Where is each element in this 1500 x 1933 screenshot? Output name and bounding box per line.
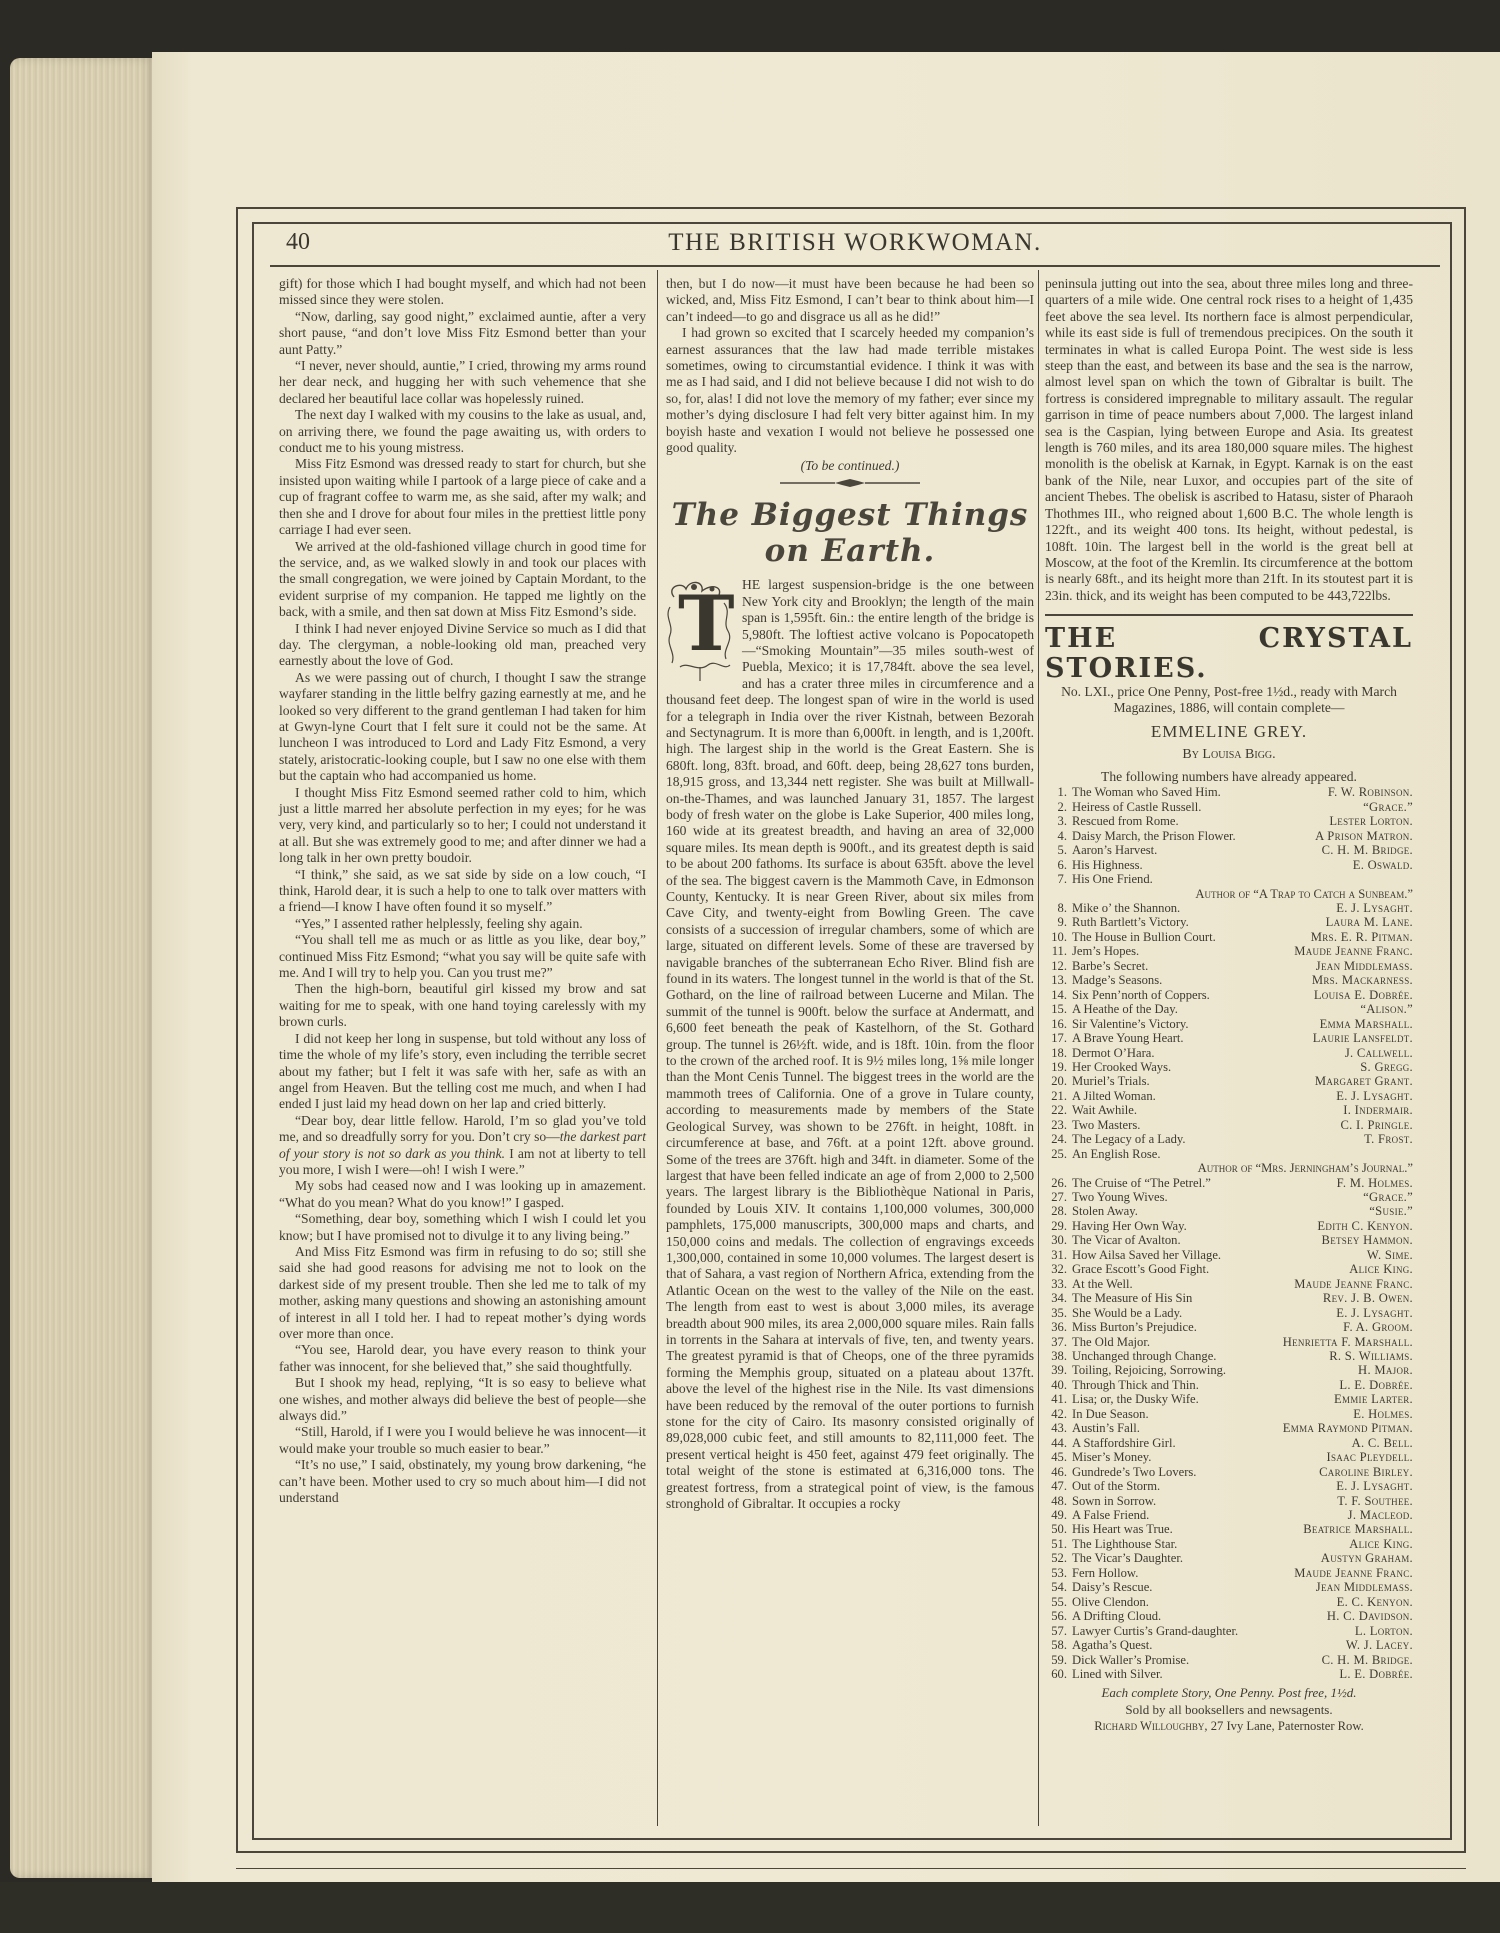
- story-title: The Vicar’s Daughter.: [1072, 1551, 1183, 1565]
- section-rule: [1045, 614, 1413, 616]
- story-list-item: 42.In Due Season.E. Holmes.: [1045, 1407, 1413, 1421]
- story-author: Jean Middlemass.: [1316, 959, 1413, 973]
- story-author: W. Sime.: [1367, 1248, 1413, 1262]
- story-author: Isaac Pleydell.: [1327, 1450, 1414, 1464]
- publisher-address: 27 Ivy Lane, Paternoster Row.: [1208, 1719, 1364, 1733]
- story-author: A Prison Matron.: [1315, 829, 1413, 843]
- story-list-item: 43.Austin’s Fall.Emma Raymond Pitman.: [1045, 1421, 1413, 1435]
- story-list-item: 13.Madge’s Seasons.Mrs. Mackarness.: [1045, 973, 1413, 987]
- story-number: 37.: [1045, 1335, 1067, 1349]
- story-list-item: 47.Out of the Storm.E. J. Lysaght.: [1045, 1479, 1413, 1493]
- story-author: W. J. Lacey.: [1346, 1638, 1413, 1652]
- story-number: 36.: [1045, 1320, 1067, 1334]
- story-author: C. H. M. Bridge.: [1322, 1653, 1413, 1667]
- story-title: A Jilted Woman.: [1072, 1089, 1156, 1103]
- story-number: 18.: [1045, 1046, 1067, 1060]
- story-number: 51.: [1045, 1537, 1067, 1551]
- story-author: C. I. Pringle.: [1340, 1118, 1413, 1132]
- story-list-item: 50.His Heart was True.Beatrice Marshall.: [1045, 1522, 1413, 1536]
- story-title: Mike o’ the Shannon.: [1072, 901, 1180, 915]
- story-number: 7.: [1045, 872, 1067, 886]
- story-author: Rev. J. B. Owen.: [1323, 1291, 1413, 1305]
- story-number: 52.: [1045, 1551, 1067, 1565]
- paragraph-text: Miss Fitz Esmond was dressed ready to st…: [279, 456, 646, 537]
- story-number: 6.: [1045, 858, 1067, 872]
- paragraph-text: “You see, Harold dear, you have every re…: [279, 1342, 646, 1373]
- story-list-item: 52.The Vicar’s Daughter.Austyn Graham.: [1045, 1551, 1413, 1565]
- story-number: 3.: [1045, 814, 1067, 828]
- story-author: E. J. Lysaght.: [1336, 1089, 1413, 1103]
- story-list-item: 32.Grace Escott’s Good Fight.Alice King.: [1045, 1262, 1413, 1276]
- paragraph-text: “Still, Harold, if I were you I would be…: [279, 1424, 646, 1455]
- story-title: His Heart was True.: [1072, 1522, 1173, 1536]
- story-list-item: 9.Ruth Bartlett’s Victory.Laura M. Lane.: [1045, 915, 1413, 929]
- story-author: F. M. Holmes.: [1337, 1176, 1413, 1190]
- story-title: Out of the Storm.: [1072, 1479, 1160, 1493]
- story-list-item: 38.Unchanged through Change.R. S. Willia…: [1045, 1349, 1413, 1363]
- story-title: Having Her Own Way.: [1072, 1219, 1187, 1233]
- story-number: 13.: [1045, 973, 1067, 987]
- story-author: “Susie.”: [1369, 1204, 1413, 1218]
- story-author: E. J. Lysaght.: [1336, 901, 1413, 915]
- story-number: 9.: [1045, 915, 1067, 929]
- story-title: Aaron’s Harvest.: [1072, 843, 1157, 857]
- story-author: E. Oswald.: [1353, 858, 1413, 872]
- scan-background-bottom: [0, 1882, 1500, 1933]
- story-number: 21.: [1045, 1089, 1067, 1103]
- story-title: Jem’s Hopes.: [1072, 944, 1139, 958]
- story-author: Mrs. E. R. Pitman.: [1311, 930, 1413, 944]
- story-author: E. J. Lysaght.: [1336, 1306, 1413, 1320]
- paragraph-text: “You shall tell me as much or as little …: [279, 932, 646, 980]
- story-title: Miss Burton’s Prejudice.: [1072, 1320, 1197, 1334]
- paragraph-text: “I never, never should, auntie,” I cried…: [279, 358, 646, 406]
- story-list-item: 28.Stolen Away.“Susie.”: [1045, 1204, 1413, 1218]
- story-list-item: 26.The Cruise of “The Petrel.”F. M. Holm…: [1045, 1176, 1413, 1190]
- story-author: Austyn Graham.: [1321, 1551, 1413, 1565]
- story-list-item: 57.Lawyer Curtis’s Grand-daughter.L. Lor…: [1045, 1624, 1413, 1638]
- story-number: 4.: [1045, 829, 1067, 843]
- story-number: 17.: [1045, 1031, 1067, 1045]
- story-title: Daisy’s Rescue.: [1072, 1580, 1152, 1594]
- story-number: 16.: [1045, 1017, 1067, 1031]
- story-title: Miser’s Money.: [1072, 1450, 1151, 1464]
- story-title: Stolen Away.: [1072, 1204, 1138, 1218]
- story-number: 2.: [1045, 800, 1067, 814]
- story-title: Through Thick and Thin.: [1072, 1378, 1199, 1392]
- paragraph: “You see, Harold dear, you have every re…: [279, 1342, 646, 1375]
- paragraph: But I shook my head, replying, “It is so…: [279, 1375, 646, 1424]
- story-title: Gundrede’s Two Lovers.: [1072, 1465, 1196, 1479]
- story-author: S. Gregg.: [1360, 1060, 1413, 1074]
- story-number: 28.: [1045, 1204, 1067, 1218]
- paragraph-text: But I shook my head, replying, “It is so…: [279, 1375, 646, 1423]
- story-list-item: 24.The Legacy of a Lady.T. Frost.: [1045, 1132, 1413, 1146]
- story-title: Agatha’s Quest.: [1072, 1638, 1152, 1652]
- paragraph-text: My sobs had ceased now and I was looking…: [279, 1178, 646, 1209]
- header-rule: [270, 265, 1440, 267]
- story-list-item: 5.Aaron’s Harvest.C. H. M. Bridge.: [1045, 843, 1413, 857]
- story-title: Fern Hollow.: [1072, 1566, 1138, 1580]
- story-number: 54.: [1045, 1580, 1067, 1594]
- story-title: Dick Waller’s Promise.: [1072, 1653, 1189, 1667]
- story-title: A Heathe of the Day.: [1072, 1002, 1178, 1016]
- story-list-item: 53.Fern Hollow.Maude Jeanne Franc.: [1045, 1566, 1413, 1580]
- story-list-item: 45.Miser’s Money.Isaac Pleydell.: [1045, 1450, 1413, 1464]
- story-title: Ruth Bartlett’s Victory.: [1072, 915, 1189, 929]
- story-title: A Staffordshire Girl.: [1072, 1436, 1176, 1450]
- price-line: Each complete Story, One Penny. Post fre…: [1045, 1685, 1413, 1701]
- column-divider: [1038, 270, 1039, 1826]
- story-author: “Grace.”: [1363, 800, 1413, 814]
- story-list-item: 10.The House in Bullion Court.Mrs. E. R.…: [1045, 930, 1413, 944]
- story-number: 57.: [1045, 1624, 1067, 1638]
- story-conclusion: then, but I do now—it must have been bec…: [666, 276, 1034, 456]
- story-author: Edith C. Kenyon.: [1317, 1219, 1413, 1233]
- story-author: H. C. Davidson.: [1327, 1609, 1413, 1623]
- book-page-edges: [10, 58, 155, 1878]
- story-title: An English Rose.: [1072, 1147, 1161, 1161]
- column-divider: [657, 270, 658, 1826]
- story-list-item: 51.The Lighthouse Star.Alice King.: [1045, 1537, 1413, 1551]
- story-author: H. Major.: [1358, 1363, 1413, 1377]
- running-title: THE BRITISH WORKWOMAN.: [270, 229, 1440, 257]
- story-list-item: 60.Lined with Silver.L. E. Dobrée.: [1045, 1667, 1413, 1681]
- story-list-item: 59.Dick Waller’s Promise.C. H. M. Bridge…: [1045, 1653, 1413, 1667]
- story-number: 35.: [1045, 1306, 1067, 1320]
- story-author: Caroline Birley.: [1319, 1465, 1413, 1479]
- page-header: 40 THE BRITISH WORKWOMAN.: [270, 225, 1440, 265]
- story-number: 11.: [1045, 944, 1067, 958]
- paragraph: Miss Fitz Esmond was dressed ready to st…: [279, 456, 646, 538]
- story-number: 55.: [1045, 1595, 1067, 1609]
- article-title: The Biggest Things on Earth.: [666, 497, 1034, 569]
- story-author: Maude Jeanne Franc.: [1294, 944, 1413, 958]
- paragraph-text: “Now, darling, say good night,” exclaime…: [279, 309, 646, 357]
- story-author: Henrietta F. Marshall.: [1283, 1335, 1413, 1349]
- paragraph-text: then, but I do now—it must have been bec…: [666, 276, 1034, 324]
- story-list-item: 3.Rescued from Rome.Lester Lorton.: [1045, 814, 1413, 828]
- story-title: In Due Season.: [1072, 1407, 1149, 1421]
- story-title: Her Crooked Ways.: [1072, 1060, 1171, 1074]
- story-list-item: 4.Daisy March, the Prison Flower.A Priso…: [1045, 829, 1413, 843]
- story-number: 32.: [1045, 1262, 1067, 1276]
- story-list-item: 49.A False Friend.J. Macleod.: [1045, 1508, 1413, 1522]
- story-author: J. Callwell.: [1345, 1046, 1413, 1060]
- story-author: T. Frost.: [1364, 1132, 1413, 1146]
- column-2: then, but I do now—it must have been bec…: [666, 276, 1034, 1512]
- paragraph-text: I thought Miss Fitz Esmond seemed rather…: [279, 785, 646, 866]
- story-author: Margaret Grant.: [1315, 1074, 1413, 1088]
- story-number: 15.: [1045, 1002, 1067, 1016]
- story-author: I. Indermair.: [1343, 1103, 1413, 1117]
- story-list-item: 54.Daisy’s Rescue.Jean Middlemass.: [1045, 1580, 1413, 1594]
- story-title: Wait Awhile.: [1072, 1103, 1137, 1117]
- story-number: 41.: [1045, 1392, 1067, 1406]
- column-3: peninsula jutting out into the sea, abou…: [1045, 276, 1413, 1735]
- paragraph: “It’s no use,” I said, obstinately, my y…: [279, 1457, 646, 1506]
- story-number: 58.: [1045, 1638, 1067, 1652]
- story-number: 29.: [1045, 1219, 1067, 1233]
- story-list-item: 56.A Drifting Cloud.H. C. Davidson.: [1045, 1609, 1413, 1623]
- story-title: A Drifting Cloud.: [1072, 1609, 1161, 1623]
- story-number: 39.: [1045, 1363, 1067, 1377]
- story-number: 5.: [1045, 843, 1067, 857]
- story-title: A False Friend.: [1072, 1508, 1149, 1522]
- story-author: Emma Raymond Pitman.: [1283, 1421, 1413, 1435]
- story-author: R. S. Williams.: [1329, 1349, 1413, 1363]
- paragraph: “I think,” she said, as we sat side by s…: [279, 867, 646, 916]
- story-title: The Vicar of Avalton.: [1072, 1233, 1181, 1247]
- story-list-item: 19.Her Crooked Ways.S. Gregg.: [1045, 1060, 1413, 1074]
- story-number: 31.: [1045, 1248, 1067, 1262]
- article-body: T HE largest suspension-bridge is the on…: [666, 577, 1034, 1512]
- story-title: Daisy March, the Prison Flower.: [1072, 829, 1236, 843]
- story-title: How Ailsa Saved her Village.: [1072, 1248, 1221, 1262]
- story-title: His Highness.: [1072, 858, 1143, 872]
- story-title: Dermot O’Hara.: [1072, 1046, 1155, 1060]
- story-author: A. C. Bell.: [1352, 1436, 1413, 1450]
- paragraph: We arrived at the old-fashioned village …: [279, 539, 646, 621]
- story-author: “Alison.”: [1360, 1002, 1413, 1016]
- paragraph: I think I had never enjoyed Divine Servi…: [279, 621, 646, 670]
- story-list-item: 29.Having Her Own Way.Edith C. Kenyon.: [1045, 1219, 1413, 1233]
- story-list-item: 25.An English Rose.Author of “Mrs. Jerni…: [1045, 1147, 1413, 1176]
- story-author: Maude Jeanne Franc.: [1294, 1566, 1413, 1580]
- story-number: 42.: [1045, 1407, 1067, 1421]
- paragraph-text: We arrived at the old-fashioned village …: [279, 539, 646, 620]
- story-list: 1.The Woman who Saved Him.F. W. Robinson…: [1045, 785, 1413, 1681]
- story-list-item: 36.Miss Burton’s Prejudice.F. A. Groom.: [1045, 1320, 1413, 1334]
- story-list-item: 37.The Old Major.Henrietta F. Marshall.: [1045, 1335, 1413, 1349]
- story-title: A Brave Young Heart.: [1072, 1031, 1184, 1045]
- story-number: 46.: [1045, 1465, 1067, 1479]
- paragraph-text: I had grown so excited that I scarcely h…: [666, 325, 1034, 455]
- story-title: Lawyer Curtis’s Grand-daughter.: [1072, 1624, 1238, 1638]
- story-list-item: 40.Through Thick and Thin.L. E. Dobrée.: [1045, 1378, 1413, 1392]
- story-author: Alice King.: [1349, 1537, 1413, 1551]
- story-author: Alice King.: [1349, 1262, 1413, 1276]
- drop-cap-letter: T: [678, 585, 718, 663]
- story-list-item: 35.She Would be a Lady.E. J. Lysaght.: [1045, 1306, 1413, 1320]
- story-list-item: 14.Six Penn’north of Coppers.Louisa E. D…: [1045, 988, 1413, 1002]
- story-author: Betsey Hammon.: [1322, 1233, 1414, 1247]
- story-author: Laurie Lansfeldt.: [1313, 1031, 1413, 1045]
- story-author: E. Holmes.: [1353, 1407, 1413, 1421]
- story-title: Austin’s Fall.: [1072, 1421, 1140, 1435]
- story-number: 34.: [1045, 1291, 1067, 1305]
- story-number: 59.: [1045, 1653, 1067, 1667]
- story-number: 19.: [1045, 1060, 1067, 1074]
- story-list-item: 2.Heiress of Castle Russell.“Grace.”: [1045, 800, 1413, 814]
- story-number: 44.: [1045, 1436, 1067, 1450]
- paragraph-text: “Yes,” I assented rather helplessly, fee…: [295, 916, 583, 931]
- story-title: At the Well.: [1072, 1277, 1133, 1291]
- paragraph: Then the high-born, beautiful girl kisse…: [279, 981, 646, 1030]
- story-title: Heiress of Castle Russell.: [1072, 800, 1201, 814]
- advert-subtitle: No. LXI., price One Penny, Post-free 1½d…: [1045, 684, 1413, 716]
- story-author: L. E. Dobrée.: [1339, 1378, 1413, 1392]
- story-author: Emma Marshall.: [1320, 1017, 1413, 1031]
- story-number: 43.: [1045, 1421, 1067, 1435]
- story-author: Beatrice Marshall.: [1303, 1522, 1413, 1536]
- column-1-story: gift) for those which I had bought mysel…: [279, 276, 646, 1506]
- sold-line: Sold by all booksellers and newsagents.: [1045, 1702, 1413, 1718]
- story-author: E. C. Kenyon.: [1337, 1595, 1413, 1609]
- story-list-item: 33.At the Well.Maude Jeanne Franc.: [1045, 1277, 1413, 1291]
- article-text-continued: peninsula jutting out into the sea, abou…: [1045, 276, 1413, 604]
- flourish-icon: [780, 478, 920, 488]
- story-list-item: 1.The Woman who Saved Him.F. W. Robinson…: [1045, 785, 1413, 799]
- story-title: Lined with Silver.: [1072, 1667, 1163, 1681]
- paragraph-text: “Something, dear boy, something which I …: [279, 1211, 646, 1242]
- story-number: 10.: [1045, 930, 1067, 944]
- paragraph-text: “It’s no use,” I said, obstinately, my y…: [279, 1457, 646, 1505]
- story-author: Lester Lorton.: [1329, 814, 1413, 828]
- story-list-item: 11.Jem’s Hopes.Maude Jeanne Franc.: [1045, 944, 1413, 958]
- story-list-item: 23.Two Masters.C. I. Pringle.: [1045, 1118, 1413, 1132]
- ornament-divider: [666, 477, 1034, 493]
- story-number: 1.: [1045, 785, 1067, 799]
- story-author: L. Lorton.: [1355, 1624, 1413, 1638]
- story-title: She Would be a Lady.: [1072, 1306, 1182, 1320]
- story-title: Sown in Sorrow.: [1072, 1494, 1156, 1508]
- story-list-item: 8.Mike o’ the Shannon.E. J. Lysaght.: [1045, 901, 1413, 915]
- story-number: 12.: [1045, 959, 1067, 973]
- story-title: The Cruise of “The Petrel.”: [1072, 1176, 1211, 1190]
- story-list-item: 46.Gundrede’s Two Lovers.Caroline Birley…: [1045, 1465, 1413, 1479]
- story-title: Sir Valentine’s Victory.: [1072, 1017, 1189, 1031]
- story-author: T. F. Southee.: [1337, 1494, 1413, 1508]
- story-list-item: 58.Agatha’s Quest.W. J. Lacey.: [1045, 1638, 1413, 1652]
- story-author: C. H. M. Bridge.: [1322, 843, 1413, 857]
- story-title: The Woman who Saved Him.: [1072, 785, 1221, 799]
- story-title: The House in Bullion Court.: [1072, 930, 1216, 944]
- story-number: 48.: [1045, 1494, 1067, 1508]
- story-title: Two Masters.: [1072, 1118, 1140, 1132]
- story-number: 23.: [1045, 1118, 1067, 1132]
- story-number: 25.: [1045, 1147, 1067, 1161]
- paragraph: As we were passing out of church, I thou…: [279, 670, 646, 785]
- paragraph-text: gift) for those which I had bought mysel…: [279, 276, 646, 307]
- paragraph: then, but I do now—it must have been bec…: [666, 276, 1034, 325]
- story-list-item: 6.His Highness.E. Oswald.: [1045, 858, 1413, 872]
- bottom-rule: [236, 1868, 1466, 1869]
- story-list-item: 31.How Ailsa Saved her Village.W. Sime.: [1045, 1248, 1413, 1262]
- story-list-item: 22.Wait Awhile.I. Indermair.: [1045, 1103, 1413, 1117]
- story-title: The Legacy of a Lady.: [1072, 1132, 1186, 1146]
- story-title: Madge’s Seasons.: [1072, 973, 1162, 987]
- paragraph: “Yes,” I assented rather helplessly, fee…: [279, 916, 646, 932]
- publisher-name: Richard Willoughby,: [1094, 1719, 1207, 1733]
- paragraph: I thought Miss Fitz Esmond seemed rather…: [279, 785, 646, 867]
- featured-story-title: EMMELINE GREY.: [1045, 724, 1413, 740]
- paragraph: “Now, darling, say good night,” exclaime…: [279, 309, 646, 358]
- story-author: J. Macleod.: [1348, 1508, 1413, 1522]
- story-list-item: 27.Two Young Wives.“Grace.”: [1045, 1190, 1413, 1204]
- story-list-item: 17.A Brave Young Heart.Laurie Lansfeldt.: [1045, 1031, 1413, 1045]
- story-list-item: 55.Olive Clendon.E. C. Kenyon.: [1045, 1595, 1413, 1609]
- crystal-stories-advert: THE CRYSTAL STORIES. No. LXI., price One…: [1045, 624, 1413, 1735]
- story-number: 49.: [1045, 1508, 1067, 1522]
- story-number: 53.: [1045, 1566, 1067, 1580]
- story-number: 40.: [1045, 1378, 1067, 1392]
- story-list-item: 12.Barbe’s Secret.Jean Middlemass.: [1045, 959, 1413, 973]
- story-number: 14.: [1045, 988, 1067, 1002]
- paragraph: “Something, dear boy, something which I …: [279, 1211, 646, 1244]
- story-number: 27.: [1045, 1190, 1067, 1204]
- story-list-item: 21.A Jilted Woman.E. J. Lysaght.: [1045, 1089, 1413, 1103]
- story-number: 60.: [1045, 1667, 1067, 1681]
- paragraph-text: I think I had never enjoyed Divine Servi…: [279, 621, 646, 669]
- paragraph: “I never, never should, auntie,” I cried…: [279, 358, 646, 407]
- story-author: Maude Jeanne Franc.: [1294, 1277, 1413, 1291]
- story-title: Unchanged through Change.: [1072, 1349, 1216, 1363]
- story-title: Rescued from Rome.: [1072, 814, 1179, 828]
- appeared-heading: The following numbers have already appea…: [1045, 769, 1413, 785]
- paragraph-text: “I think,” she said, as we sat side by s…: [279, 867, 646, 915]
- story-list-item: 34.The Measure of His SinRev. J. B. Owen…: [1045, 1291, 1413, 1305]
- story-title: Grace Escott’s Good Fight.: [1072, 1262, 1209, 1276]
- story-number: 24.: [1045, 1132, 1067, 1146]
- article-text: HE largest suspension-bridge is the one …: [666, 577, 1034, 1512]
- paragraph: I did not keep her long in suspense, but…: [279, 1031, 646, 1113]
- paragraph: I had grown so excited that I scarcely h…: [666, 325, 1034, 456]
- story-number: 8.: [1045, 901, 1067, 915]
- story-list-item: 48.Sown in Sorrow.T. F. Southee.: [1045, 1494, 1413, 1508]
- story-number: 56.: [1045, 1609, 1067, 1623]
- advert-title: THE CRYSTAL STORIES.: [1045, 624, 1413, 684]
- paragraph: gift) for those which I had bought mysel…: [279, 276, 646, 309]
- story-list-item: 39.Toiling, Rejoicing, Sorrowing.H. Majo…: [1045, 1363, 1413, 1377]
- story-list-item: 15.A Heathe of the Day.“Alison.”: [1045, 1002, 1413, 1016]
- paragraph: “Dear boy, dear little fellow. Harold, I…: [279, 1113, 646, 1179]
- story-list-item: 16.Sir Valentine’s Victory.Emma Marshall…: [1045, 1017, 1413, 1031]
- paragraph: “Still, Harold, if I were you I would be…: [279, 1424, 646, 1457]
- story-number: 20.: [1045, 1074, 1067, 1088]
- story-title: Muriel’s Trials.: [1072, 1074, 1150, 1088]
- story-author: Mrs. Mackarness.: [1312, 973, 1413, 987]
- story-list-item: 20.Muriel’s Trials.Margaret Grant.: [1045, 1074, 1413, 1088]
- story-author-line: Author of “Mrs. Jerningham’s Journal.”: [1045, 1161, 1413, 1175]
- story-author: Jean Middlemass.: [1316, 1580, 1413, 1594]
- story-author: Louisa E. Dobrée.: [1314, 988, 1413, 1002]
- story-list-item: 30.The Vicar of Avalton.Betsey Hammon.: [1045, 1233, 1413, 1247]
- story-number: 47.: [1045, 1479, 1067, 1493]
- story-author: E. J. Lysaght.: [1336, 1479, 1413, 1493]
- story-title: The Old Major.: [1072, 1335, 1150, 1349]
- featured-story-byline: By Louisa Bigg.: [1045, 747, 1413, 763]
- to-be-continued: (To be continued.): [666, 458, 1034, 474]
- story-title: The Measure of His Sin: [1072, 1291, 1192, 1305]
- story-list-item: 41.Lisa; or, the Dusky Wife.Emmie Larter…: [1045, 1392, 1413, 1406]
- paragraph-text: Then the high-born, beautiful girl kisse…: [279, 981, 646, 1029]
- story-title: Toiling, Rejoicing, Sorrowing.: [1072, 1363, 1226, 1377]
- story-author: F. A. Groom.: [1343, 1320, 1413, 1334]
- story-number: 38.: [1045, 1349, 1067, 1363]
- publisher-line: Richard Willoughby, 27 Ivy Lane, Paterno…: [1045, 1718, 1413, 1734]
- story-author: Emmie Larter.: [1334, 1392, 1413, 1406]
- story-author-line: Author of “A Trap to Catch a Sunbeam.”: [1045, 887, 1413, 901]
- story-number: 22.: [1045, 1103, 1067, 1117]
- story-number: 45.: [1045, 1450, 1067, 1464]
- paragraph: “You shall tell me as much or as little …: [279, 932, 646, 981]
- story-author: F. W. Robinson.: [1328, 785, 1413, 799]
- story-title: Barbe’s Secret.: [1072, 959, 1148, 973]
- story-number: 26.: [1045, 1176, 1067, 1190]
- paragraph-text: And Miss Fitz Esmond was firm in refusin…: [279, 1244, 646, 1341]
- story-title: Six Penn’north of Coppers.: [1072, 988, 1210, 1002]
